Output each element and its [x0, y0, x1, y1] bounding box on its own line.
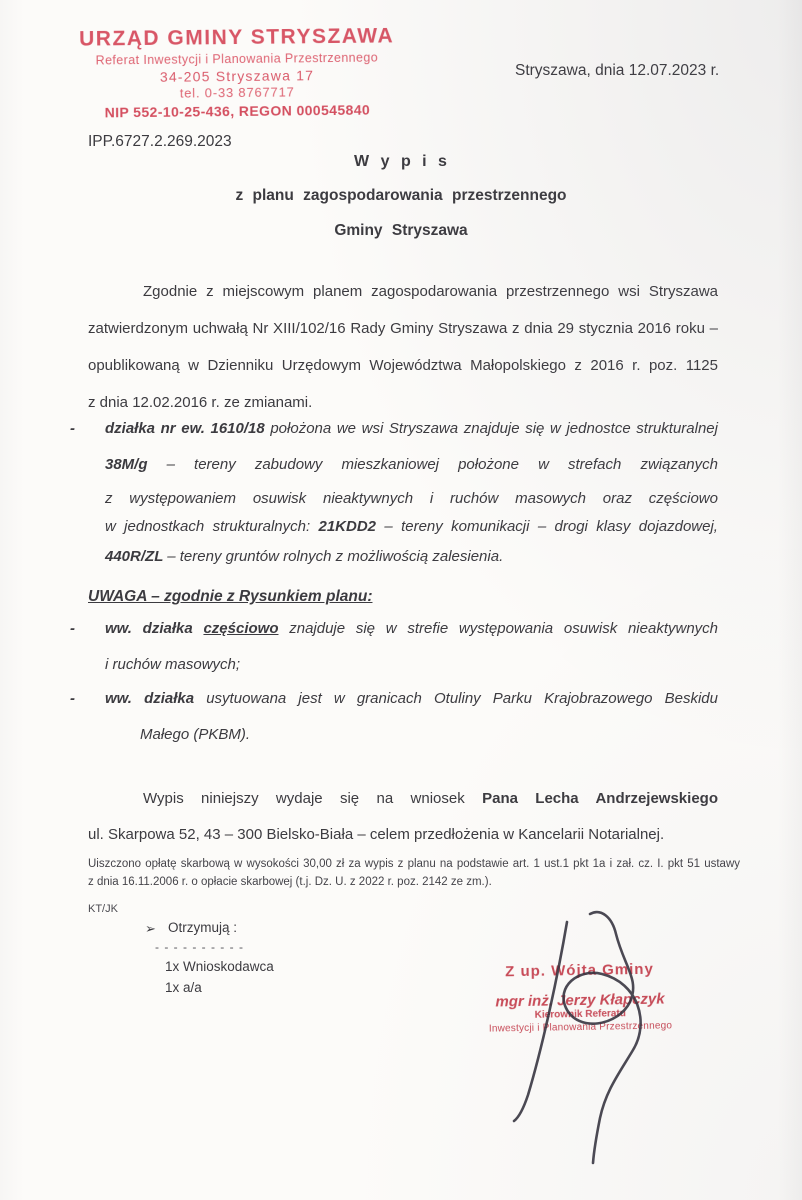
uwaga-item1-line1: ww. działka częściowo znajduje się w str…	[105, 620, 718, 638]
uwaga-item2-line1: ww. działka usytuowana jest w granicach …	[105, 690, 718, 708]
document-title: W y p i s	[0, 152, 802, 171]
parcel-line-1: działka nr ew. 1610/18 położona we wsi S…	[105, 420, 718, 438]
parcel-line-4-pre: w jednostkach strukturalnych:	[105, 518, 318, 535]
uwaga-heading: UWAGA – zgodnie z Rysunkiem planu:	[88, 588, 372, 607]
parcel-line-2: 38M/g – tereny zabudowy mieszkaniowej po…	[105, 456, 718, 474]
uwaga-item2-line2: Małego (PKBM).	[140, 726, 250, 744]
request-line-2: ul. Skarpowa 52, 43 – 300 Bielsko-Biała …	[88, 826, 718, 844]
request-line-1: Wypis niniejszy wydaje się na wniosek Pa…	[88, 790, 718, 808]
uwaga-item1-underlined: częściowo	[203, 620, 278, 637]
reference-number: IPP.6727.2.269.2023	[88, 133, 232, 152]
uwaga-item2-text: usytuowana jest w granicach Otuliny Park…	[206, 690, 718, 707]
document-subtitle-gmina: Gminy Stryszawa	[0, 222, 802, 241]
uwaga-item1-line2: i ruchów masowych;	[105, 656, 240, 674]
parcel-line-5: 440R/ZL – tereny gruntów rolnych z możli…	[105, 548, 718, 566]
office-stamp-nip-regon: NIP 552-10-25-436, REGON 000545840	[38, 100, 436, 122]
parcel-plot-number: działka nr ew. 1610/18	[105, 420, 270, 437]
document-subtitle: z planu zagospodarowania przestrzennego	[0, 187, 802, 206]
parcel-line-3: z występowaniem osuwisk nieaktywnych i r…	[105, 490, 718, 508]
arrow-bullet-icon: ➢	[145, 921, 156, 937]
document-date: Stryszawa, dnia 12.07.2023 r.	[515, 62, 719, 81]
distribution-item-applicant: 1x Wnioskodawca	[165, 959, 274, 975]
distribution-label: Otrzymują :	[168, 920, 237, 936]
parcel-line-4-text: – tereny komunikacji – drogi klasy dojaz…	[384, 518, 718, 535]
intro-line-3: opublikowaną w Dzienniku Urzędowym Wojew…	[88, 357, 718, 375]
parcel-line-4: w jednostkach strukturalnych: 21KDD2 – t…	[105, 518, 718, 536]
intro-line-1: Zgodnie z miejscowym planem zagospodarow…	[88, 283, 718, 301]
parcel-unit-21kdd2: 21KDD2	[318, 518, 384, 535]
intro-line-4: z dnia 12.02.2016 r. ze zmianami.	[88, 394, 718, 412]
applicant-name: Pana Lecha Andrzejewskiego	[482, 790, 718, 807]
parcel-bullet-marker: -	[70, 420, 75, 438]
parcel-line-5-text: – tereny gruntów rolnych z możliwością z…	[167, 548, 503, 565]
intro-line-2: zatwierdzonym uchwałą Nr XIII/102/16 Rad…	[88, 320, 718, 338]
scanned-document-page: URZĄD GMINY STRYSZAWA Referat Inwestycji…	[0, 0, 802, 1200]
request-line-1-pre: Wypis niniejszy wydaje się na wniosek	[143, 790, 482, 807]
signatory-department: Inwestycji i Planowania Przestrzennego	[468, 1020, 692, 1036]
fee-note-line-1: Uiszczono opłatę skarbową w wysokości 30…	[88, 858, 740, 872]
parcel-unit-440rzl: 440R/ZL	[105, 548, 167, 565]
signature-stamp: Z up. Wójta Gminy mgr inż. Jerzy Kłapczy…	[467, 960, 692, 1036]
signature-stamp-authority: Z up. Wójta Gminy	[467, 960, 691, 982]
office-stamp-name: URZĄD GMINY STRYSZAWA	[38, 23, 436, 53]
distribution-item-file: 1x a/a	[165, 980, 202, 996]
fee-note-line-2: z dnia 16.11.2006 r. o opłacie skarbowej…	[88, 876, 492, 890]
uwaga-item2-marker: -	[70, 690, 75, 708]
parcel-line-1-text: położona we wsi Stryszawa znajduje się w…	[270, 420, 718, 437]
uwaga-item1-marker: -	[70, 620, 75, 638]
uwaga-item1-text: znajduje się w strefie występowania osuw…	[278, 620, 718, 637]
uwaga-item2-bold: ww. działka	[105, 690, 206, 707]
uwaga-item1-bold: ww. działka	[105, 620, 203, 637]
handwritten-signature	[480, 900, 690, 1180]
clerk-initials: KT/JK	[88, 903, 118, 916]
distribution-separator: - - - - - - - - - -	[155, 940, 244, 954]
parcel-unit-38mg: 38M/g	[105, 456, 167, 473]
office-stamp: URZĄD GMINY STRYSZAWA Referat Inwestycji…	[38, 23, 437, 122]
parcel-line-2-text: – tereny zabudowy mieszkaniowej położone…	[167, 456, 718, 473]
